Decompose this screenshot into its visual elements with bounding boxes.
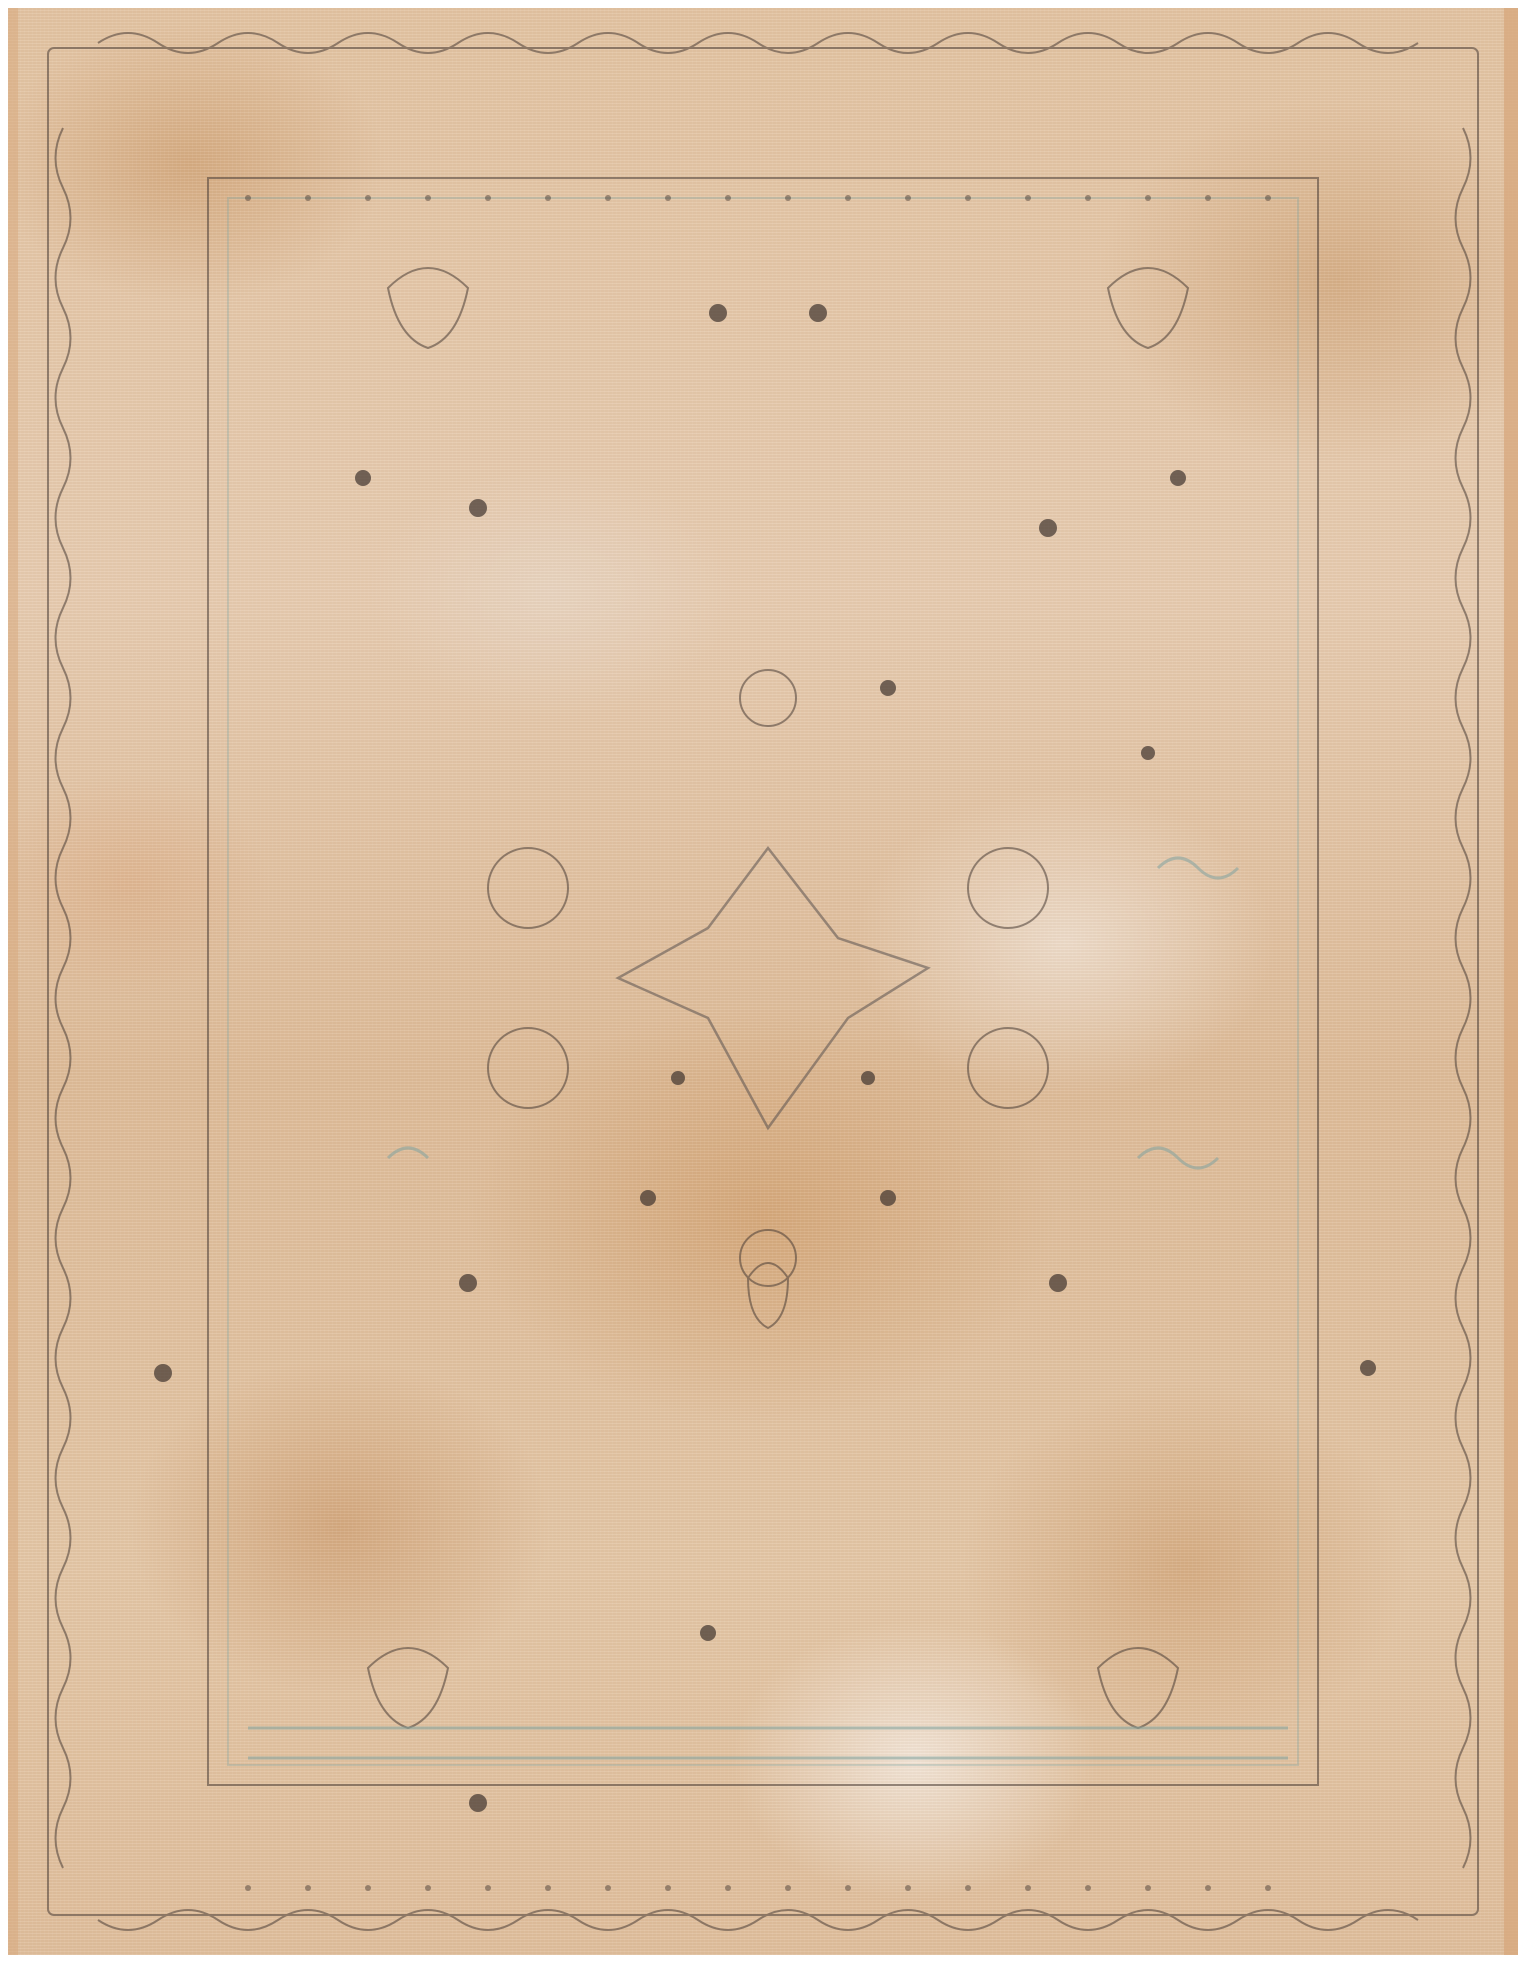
rug (8, 8, 1518, 1955)
rug-pattern (8, 8, 1518, 1955)
